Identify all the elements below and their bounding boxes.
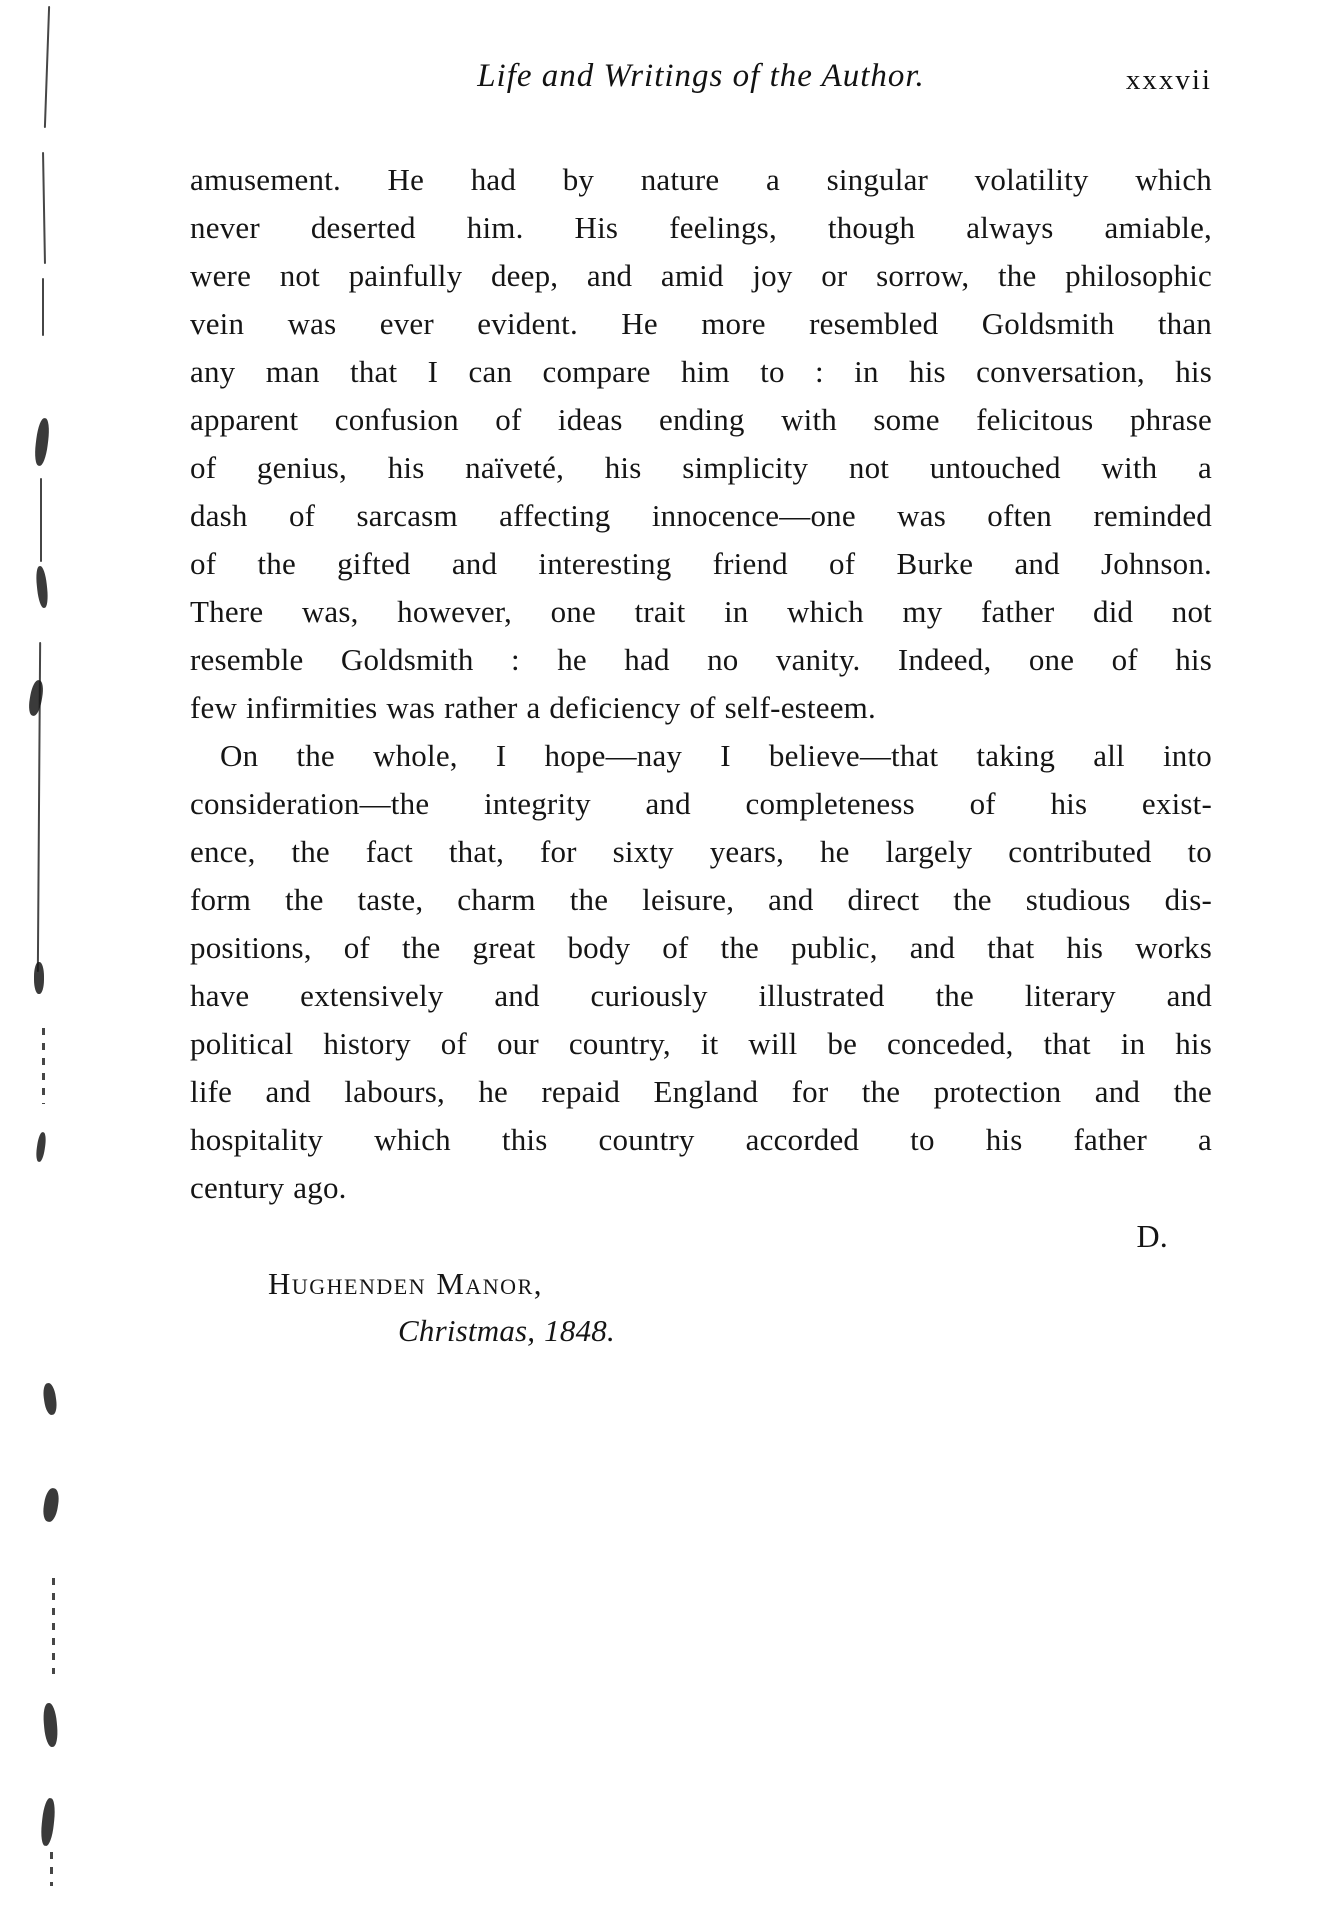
- running-title: Life and Writings of the Author.: [190, 58, 1212, 95]
- text-line: century ago.: [190, 1164, 1212, 1212]
- scan-artifact: [52, 1578, 55, 1674]
- text-line: On the whole, I hope—nay I believe—that …: [190, 732, 1212, 780]
- scan-artifact: [42, 278, 44, 336]
- text-line: few infirmities was rather a deficiency …: [190, 684, 1212, 732]
- text-line: consideration—the integrity and complete…: [190, 780, 1212, 828]
- scan-artifact: [44, 6, 50, 128]
- closing-date: Christmas, 1848.: [398, 1308, 1212, 1354]
- text-line: were not painfully deep, and amid joy or…: [190, 252, 1212, 300]
- scan-artifact: [42, 1028, 45, 1104]
- scan-artifact: [42, 1382, 58, 1415]
- paragraph-2: On the whole, I hope—nay I believe—that …: [190, 732, 1212, 1212]
- paragraph-1: amusement. He had by nature a singular v…: [190, 156, 1212, 732]
- text-line: amusement. He had by nature a singular v…: [190, 156, 1212, 204]
- closing-place: Hughenden Manor,: [268, 1260, 1212, 1308]
- text-line: hospitality which this country accorded …: [190, 1116, 1212, 1164]
- author-initial: D.: [190, 1212, 1212, 1260]
- text-line: have extensively and curiously illustrat…: [190, 972, 1212, 1020]
- text-line: ence, the fact that, for sixty years, he…: [190, 828, 1212, 876]
- scan-artifact: [40, 478, 42, 562]
- text-line: of genius, his naïveté, his simplicity n…: [190, 444, 1212, 492]
- text-line: resemble Goldsmith : he had no vanity. I…: [190, 636, 1212, 684]
- scan-artifact: [35, 1132, 47, 1163]
- body-text: amusement. He had by nature a singular v…: [190, 156, 1212, 1354]
- text-line: any man that I can compare him to : in h…: [190, 348, 1212, 396]
- scan-artifact: [42, 152, 46, 264]
- text-line: political history of our country, it wil…: [190, 1020, 1212, 1068]
- scan-artifact: [27, 679, 45, 717]
- scan-artifact: [33, 417, 51, 466]
- text-line: vein was ever evident. He more resembled…: [190, 300, 1212, 348]
- text-line: form the taste, charm the leisure, and d…: [190, 876, 1212, 924]
- scan-artifact: [41, 1487, 60, 1523]
- scan-artifact: [35, 566, 49, 609]
- scan-artifact: [42, 1703, 59, 1748]
- scan-artifact: [50, 1852, 53, 1886]
- page-header: Life and Writings of the Author. xxxvii: [190, 58, 1212, 110]
- text-line: dash of sarcasm affecting innocence—one …: [190, 492, 1212, 540]
- text-line: positions, of the great body of the publ…: [190, 924, 1212, 972]
- text-line: apparent confusion of ideas ending with …: [190, 396, 1212, 444]
- scan-artifact: [34, 962, 44, 994]
- scan-artifact: [40, 1798, 57, 1847]
- text-line: There was, however, one trait in which m…: [190, 588, 1212, 636]
- page-number: xxxvii: [1126, 64, 1212, 97]
- text-line: never deserted him. His feelings, though…: [190, 204, 1212, 252]
- text-line: of the gifted and interesting friend of …: [190, 540, 1212, 588]
- book-page: Life and Writings of the Author. xxxvii …: [0, 0, 1324, 1923]
- text-line: life and labours, he repaid England for …: [190, 1068, 1212, 1116]
